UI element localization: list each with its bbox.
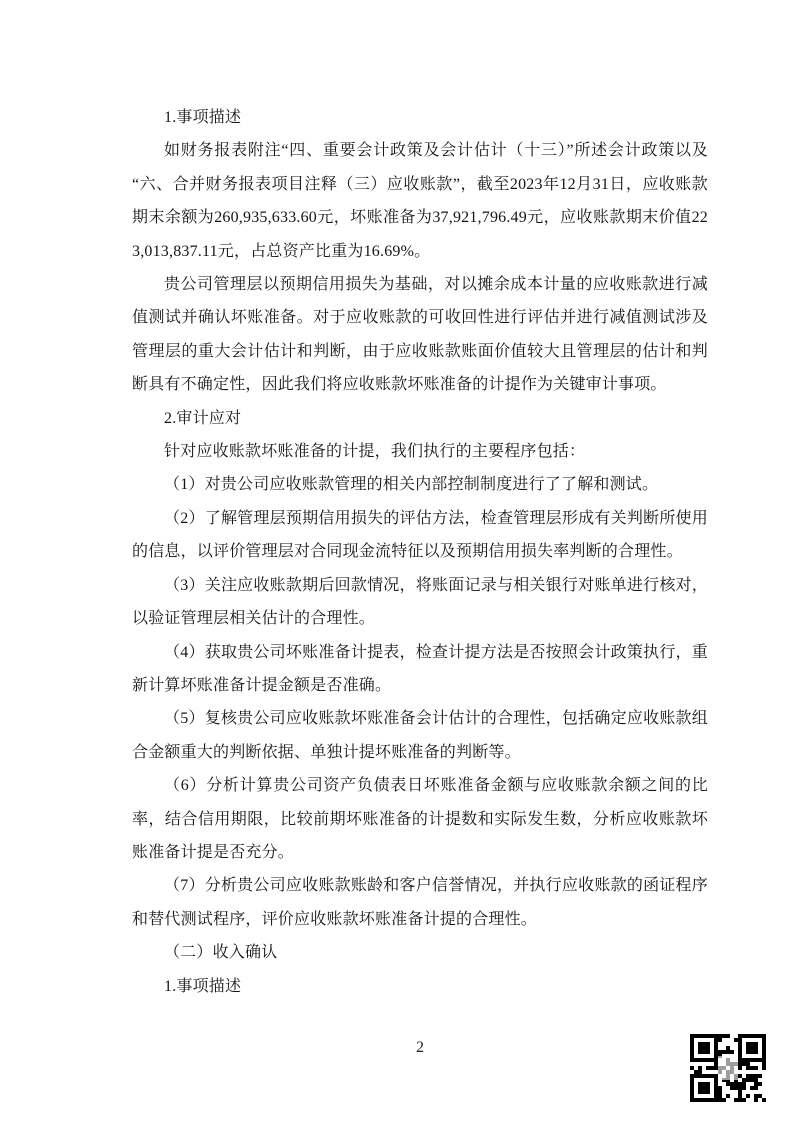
paragraph: （3）关注应收账款期后回款情况，将账面记录与相关银行对账单进行核对，以验证管理层…: [132, 569, 708, 636]
paragraph: 针对应收账款坏账准备的计提，我们执行的主要程序包括：: [132, 435, 708, 468]
paragraph: （2）了解管理层预期信用损失的评估方法，检查管理层形成有关判断所使用的信息，以评…: [132, 502, 708, 569]
page-number: 2: [132, 1036, 708, 1060]
paragraph: （6）分析计算贵公司资产负债表日坏账准备金额与应收账款余额之间的比率，结合信用期…: [132, 769, 708, 869]
section-heading: （二）收入确认: [132, 936, 708, 969]
paragraph: 贵公司管理层以预期信用损失为基础，对以摊余成本计量的应收账款进行减值测试并确认坏…: [132, 268, 708, 402]
paragraph: （1）对贵公司应收账款管理的相关内部控制制度进行了了解和测试。: [132, 468, 708, 501]
section-heading: 1.事项描述: [132, 101, 708, 134]
paragraph: 如财务报表附注“四、重要会计政策及会计估计（十三）”所述会计政策以及“六、合并财…: [132, 134, 708, 268]
paragraph: （5）复核贵公司应收账款坏账准备会计估计的合理性，包括确定应收账款组合金额重大的…: [132, 702, 708, 769]
qr-code-icon: [690, 1034, 766, 1102]
section-heading: 2.审计应对: [132, 402, 708, 435]
section-heading: 1.事项描述: [132, 970, 708, 1003]
paragraph: （7）分析贵公司应收账款账龄和客户信誉情况，并执行应收账款的函证程序和替代测试程…: [132, 869, 708, 936]
paragraph: （4）获取贵公司坏账准备计提表，检查计提方法是否按照会计政策执行，重新计算坏账准…: [132, 636, 708, 703]
document-page: 1.事项描述 如财务报表附注“四、重要会计政策及会计估计（十三）”所述会计政策以…: [0, 0, 794, 1122]
document-body: 1.事项描述 如财务报表附注“四、重要会计政策及会计估计（十三）”所述会计政策以…: [132, 101, 708, 1003]
